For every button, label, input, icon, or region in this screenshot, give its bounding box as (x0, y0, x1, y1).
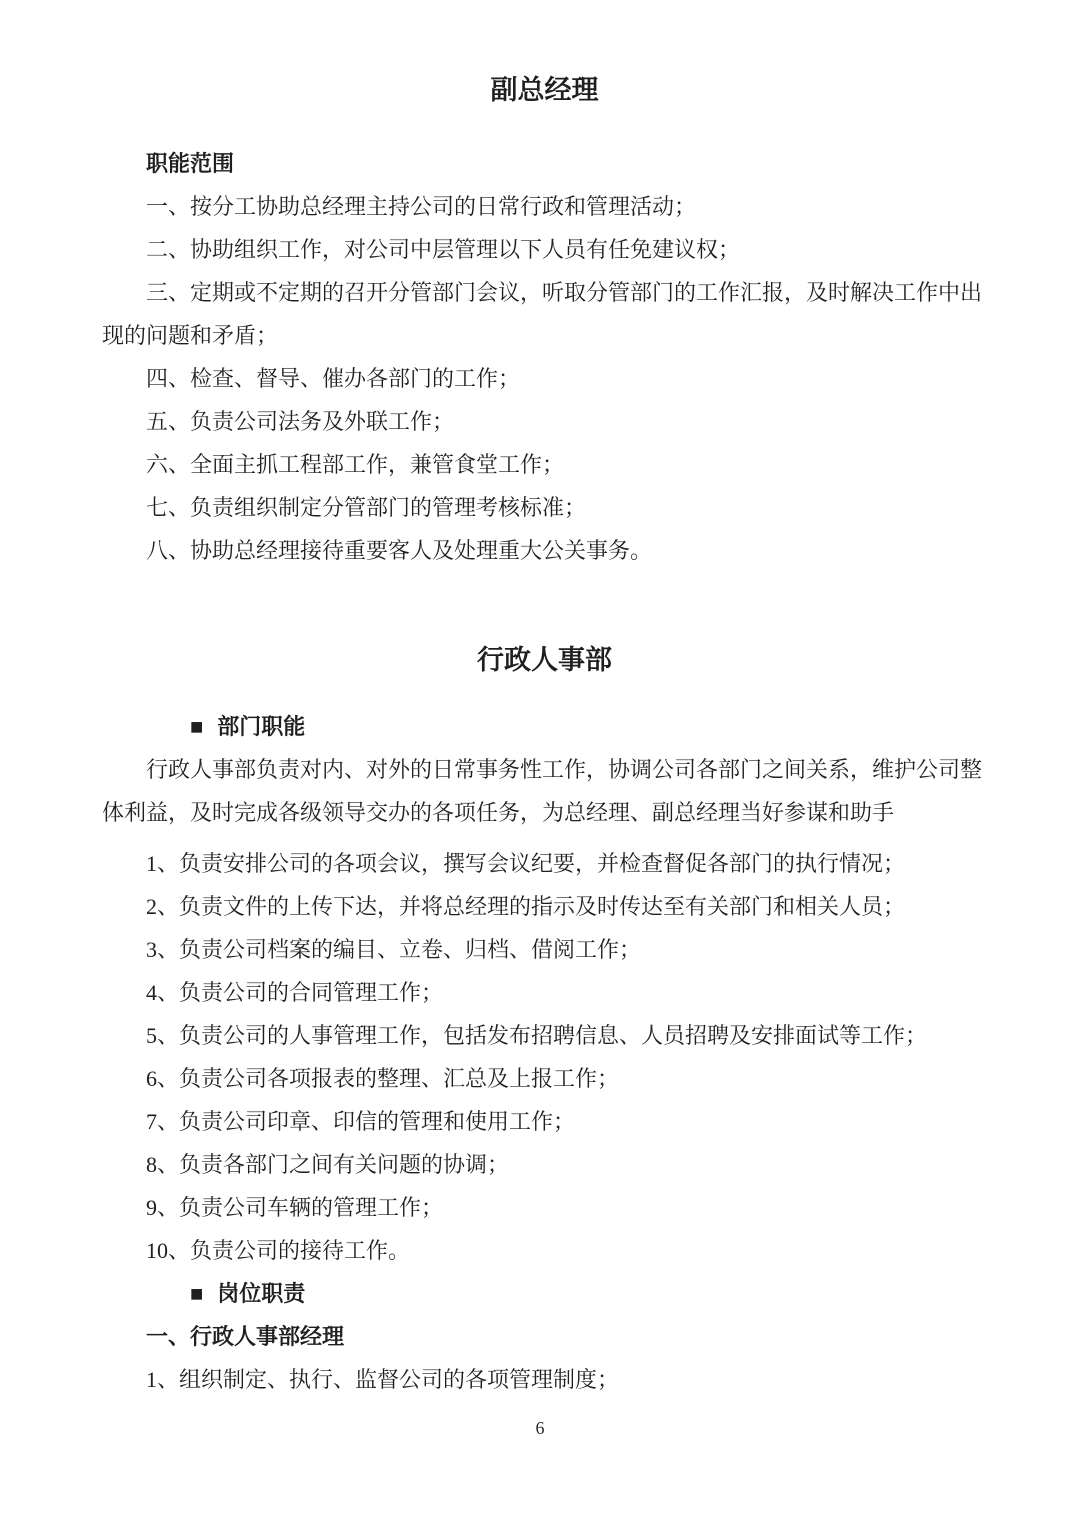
list-item: 1、负责安排公司的各项会议，撰写会议纪要，并检查督促各部门的执行情况； (102, 842, 987, 885)
section1-heading: 职能范围 (102, 142, 987, 185)
list-item: 五、负责公司法务及外联工作； (102, 400, 987, 443)
list-item: 6、负责公司各项报表的整理、汇总及上报工作； (102, 1057, 987, 1100)
section2-item-list: 1、负责安排公司的各项会议，撰写会议纪要，并检查督促各部门的执行情况； 2、负责… (102, 842, 987, 1272)
section2-title: 行政人事部 (102, 642, 987, 678)
dept-functions-heading-label: 部门职能 (217, 714, 305, 739)
document-page: 副总经理 职能范围 一、按分工协助总经理主持公司的日常行政和管理活动； 二、协助… (0, 0, 1080, 1527)
list-item: 2、负责文件的上传下达，并将总经理的指示及时传达至有关部门和相关人员； (102, 885, 987, 928)
list-item: 9、负责公司车辆的管理工作； (102, 1186, 987, 1229)
list-item: 二、协助组织工作，对公司中层管理以下人员有任免建议权； (102, 228, 987, 271)
list-item: 六、全面主抓工程部工作，兼管食堂工作； (102, 443, 987, 486)
list-item: 4、负责公司的合同管理工作； (102, 971, 987, 1014)
list-item: 10、负责公司的接待工作。 (102, 1229, 987, 1272)
list-item: 8、负责各部门之间有关问题的协调； (102, 1143, 987, 1186)
list-item: 5、负责公司的人事管理工作，包括发布招聘信息、人员招聘及安排面试等工作； (102, 1014, 987, 1057)
list-item: 三、定期或不定期的召开分管部门会议，听取分管部门的工作汇报，及时解决工作中出现的… (102, 271, 987, 357)
list-item: 七、负责组织制定分管部门的管理考核标准； (102, 486, 987, 529)
dept-intro-paragraph: 行政人事部负责对内、对外的日常事务性工作，协调公司各部门之间关系，维护公司整体利… (102, 748, 987, 834)
section1-title: 副总经理 (102, 0, 987, 108)
role-heading: 一、行政人事部经理 (102, 1315, 987, 1358)
page-content: 副总经理 职能范围 一、按分工协助总经理主持公司的日常行政和管理活动； 二、协助… (0, 0, 1080, 1401)
page-number: 6 (0, 1414, 1080, 1442)
dept-functions-heading: ■部门职能 (102, 705, 987, 748)
job-duties-heading-label: 岗位职责 (217, 1281, 305, 1306)
list-item: 1、组织制定、执行、监督公司的各项管理制度； (102, 1358, 987, 1401)
section1-item-list: 一、按分工协助总经理主持公司的日常行政和管理活动； 二、协助组织工作，对公司中层… (102, 185, 987, 572)
list-item: 八、协助总经理接待重要客人及处理重大公关事务。 (102, 529, 987, 572)
list-item: 四、检查、督导、催办各部门的工作； (102, 357, 987, 400)
square-bullet-icon: ■ (146, 1272, 203, 1315)
list-item: 7、负责公司印章、印信的管理和使用工作； (102, 1100, 987, 1143)
role-item-list: 1、组织制定、执行、监督公司的各项管理制度； (102, 1358, 987, 1401)
job-duties-heading: ■岗位职责 (102, 1272, 987, 1315)
list-item: 一、按分工协助总经理主持公司的日常行政和管理活动； (102, 185, 987, 228)
square-bullet-icon: ■ (146, 705, 203, 748)
list-item: 3、负责公司档案的编目、立卷、归档、借阅工作； (102, 928, 987, 971)
